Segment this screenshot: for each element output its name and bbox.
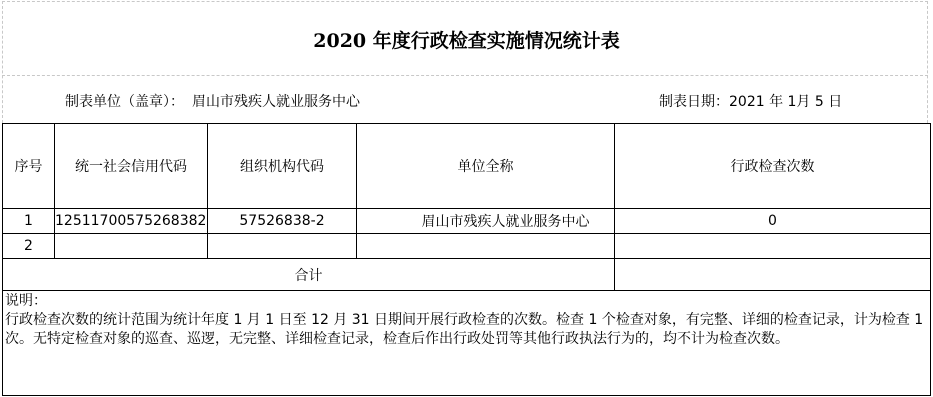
reporting-unit-label: 制表单位（盖章）：: [65, 94, 184, 110]
cell-inspection-count[interactable]: 0: [615, 209, 931, 234]
report-date-value: 2021 年 1月 5 日: [729, 94, 842, 110]
column-header-credit-code: 统一社会信用代码: [55, 124, 208, 209]
total-label: 合计: [295, 265, 323, 285]
reporting-unit-line: 制表单位（盖章）：眉山市残疾人就业服务中心: [65, 91, 360, 111]
report-date-line: 制表日期：2021 年 1月 5 日: [659, 91, 842, 111]
cell-index[interactable]: 2: [3, 234, 55, 259]
cell-credit-code[interactable]: 125117005752683822: [55, 209, 208, 234]
cell-org-code[interactable]: [208, 234, 357, 259]
notes-label: 说明：: [5, 292, 928, 311]
inspection-stats-table: 序号 统一社会信用代码 组织机构代码 单位全称 行政检查次数 1 1251170…: [2, 123, 931, 396]
cell-credit-code[interactable]: [55, 234, 208, 259]
cell-index[interactable]: 1: [3, 209, 55, 234]
total-value-cell[interactable]: [615, 259, 931, 291]
page-title: 2020 年度行政检查实施情况统计表: [0, 26, 933, 53]
cell-unit-name-text: 眉山市残疾人就业服务中心: [422, 211, 590, 231]
table-header-row: 序号 统一社会信用代码 组织机构代码 单位全称 行政检查次数: [3, 124, 931, 209]
table-row: 1 125117005752683822 57526838-2 眉山市残疾人就业…: [3, 209, 931, 234]
table-row: 2: [3, 234, 931, 259]
total-row: 合计: [3, 259, 931, 291]
report-date-label: 制表日期：: [659, 94, 729, 110]
column-header-index: 序号: [3, 124, 55, 209]
column-header-inspection-count: 行政检查次数: [615, 124, 931, 209]
notes-row: 说明： 行政检查次数的统计范围为统计年度 1 月 1 日至 12 月 31 日期…: [3, 291, 931, 396]
cell-inspection-count[interactable]: [615, 234, 931, 259]
column-header-org-code: 组织机构代码: [208, 124, 357, 209]
notes-body: 行政检查次数的统计范围为统计年度 1 月 1 日至 12 月 31 日期间开展行…: [5, 311, 928, 349]
cell-org-code[interactable]: 57526838-2: [208, 209, 357, 234]
cell-unit-name[interactable]: [357, 234, 615, 259]
notes-cell: 说明： 行政检查次数的统计范围为统计年度 1 月 1 日至 12 月 31 日期…: [3, 291, 931, 396]
reporting-unit-value: 眉山市残疾人就业服务中心: [192, 94, 360, 110]
total-label-cell: 合计: [3, 259, 615, 291]
cell-unit-name[interactable]: 眉山市残疾人就业服务中心: [357, 209, 615, 234]
column-header-unit-name: 单位全称: [357, 124, 615, 209]
print-area-divider: [2, 75, 928, 76]
